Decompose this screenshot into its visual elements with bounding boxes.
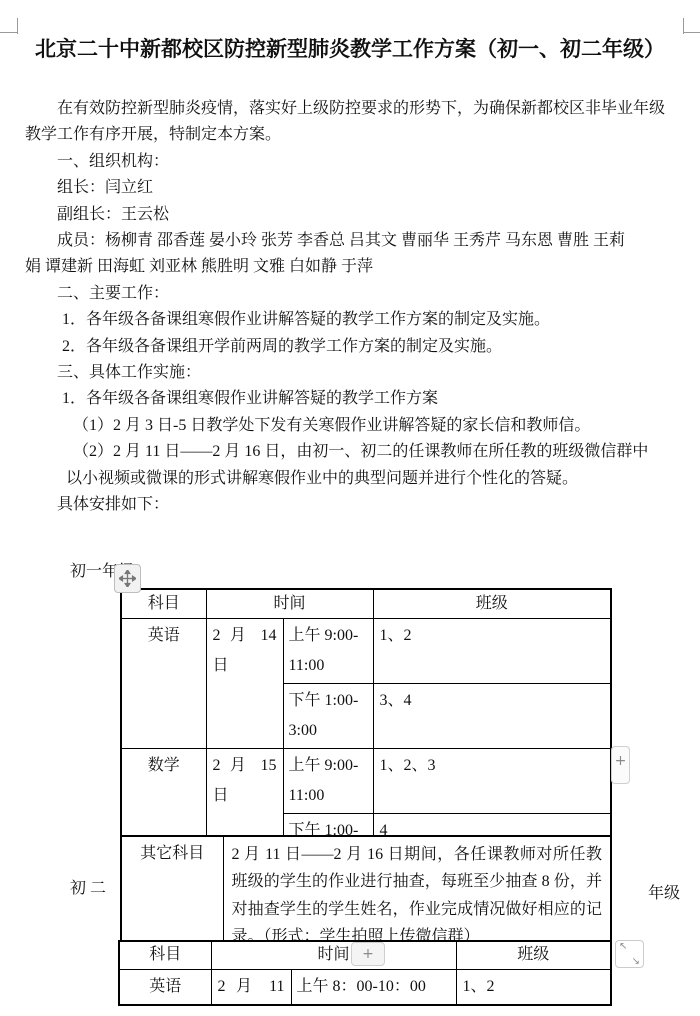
table1-english-date: 2 月 14 日 [206, 618, 283, 748]
table1-header-class: 班级 [373, 589, 611, 618]
arrow-up-left-icon: ↖ [619, 941, 627, 952]
body-line: 娟 谭建新 田海虹 刘亚林 熊胜明 文雅 白如静 于萍 [25, 254, 685, 280]
table2-header-class: 班级 [456, 941, 611, 969]
insert-row-button[interactable]: + [611, 746, 630, 784]
body-line: 以小视频或微课的形式讲解寒假作业中的典型问题并进行个性化的答疑。 [25, 466, 685, 492]
grade2-label-right: 年级 [648, 884, 680, 904]
body-line: （1）2 月 3 日-5 日教学处下发有关寒假作业讲解答疑的家长信和教师信。 [25, 413, 685, 439]
insert-column-button[interactable]: + [351, 942, 385, 966]
arrow-down-right-icon: ↘ [632, 956, 640, 967]
body-line: 1．各年级各备课组寒假作业讲解答疑的教学工作方案的制定及实施。 [25, 307, 685, 333]
body-line: 二、主要工作： [25, 281, 685, 307]
plus-icon: + [362, 946, 374, 962]
table2-english-subject: 英语 [119, 969, 211, 1005]
body-line: 组长：闫立红 [25, 175, 685, 201]
table1-header-subject: 科目 [121, 589, 206, 618]
body-line: 在有效防控新型肺炎疫情，落实好上级防控要求的形势下，为确保新都校区非毕业年级 [25, 96, 685, 122]
table2-header-subject: 科目 [119, 941, 211, 969]
table-resize-handle-button[interactable]: ↖ ↘ [615, 940, 644, 968]
table1-header-time: 时间 [206, 589, 373, 618]
table1-english-pm-time: 下午 1:00-3:00 [283, 683, 373, 748]
table2-header-time: 时间 [211, 941, 456, 969]
table1-english-pm-class: 3、4 [373, 683, 611, 748]
body-line: 三、具体工作实施： [25, 360, 685, 386]
margin-mark-top-right-horizontal [683, 32, 700, 33]
margin-mark-top-left-vertical [17, 18, 18, 34]
table1-english-am-class: 1、2 [373, 618, 611, 683]
grade2-label-left: 初 二 [70, 879, 106, 899]
move-icon [119, 570, 136, 587]
plus-icon: + [615, 753, 627, 769]
document-page[interactable]: 北京二十中新都校区防控新型肺炎教学工作方案（初一、初二年级） 在有效防控新型肺炎… [0, 0, 700, 1016]
table2-english-date: 2 月 11 [211, 969, 291, 1005]
body-line: 具体安排如下： [25, 492, 685, 518]
table2-english-class: 1、2 [456, 969, 611, 1005]
body-line: 成员：杨柳青 邵香莲 晏小玲 张芳 李香总 吕其文 曹丽华 王秀芹 马东恩 曹胜… [25, 228, 685, 254]
body-line: 一、组织机构： [25, 149, 685, 175]
grade1-schedule-table-other-row: 其它科目 2 月 11 日——2 月 16 日期间，各任课教师对所任教班级的学生… [120, 835, 612, 957]
margin-mark-top-left-horizontal [0, 32, 17, 33]
table1-other-detail: 2 月 11 日——2 月 16 日期间，各任课教师对所任教班级的学生的作业进行… [223, 836, 611, 956]
table2-english-time: 上午 8：00-10：00 [291, 969, 456, 1005]
body-line: （2）2 月 11 日——2 月 16 日，由初一、初二的任课教师在所任教的班级… [25, 439, 685, 465]
table1-other-subject: 其它科目 [121, 836, 223, 956]
document-title: 北京二十中新都校区防控新型肺炎教学工作方案（初一、初二年级） [0, 36, 700, 62]
body-line: 教学工作有序开展，特制定本方案。 [25, 122, 685, 148]
table1-math-am-time: 上午 9:00-11:00 [283, 748, 373, 813]
body-line: 2．各年级各备课组开学前两周的教学工作方案的制定及实施。 [25, 334, 685, 360]
document-body: 在有效防控新型肺炎疫情，落实好上级防控要求的形势下，为确保新都校区非毕业年级 教… [25, 96, 685, 519]
body-line: 副组长：王云松 [25, 202, 685, 228]
table1-english-subject: 英语 [121, 618, 206, 748]
table1-english-am-time: 上午 9:00-11:00 [283, 618, 373, 683]
body-line: 1．各年级各备课组寒假作业讲解答疑的教学工作方案 [25, 386, 685, 412]
table-move-handle-button[interactable] [114, 564, 141, 593]
table1-math-am-class: 1、2、3 [373, 748, 611, 813]
